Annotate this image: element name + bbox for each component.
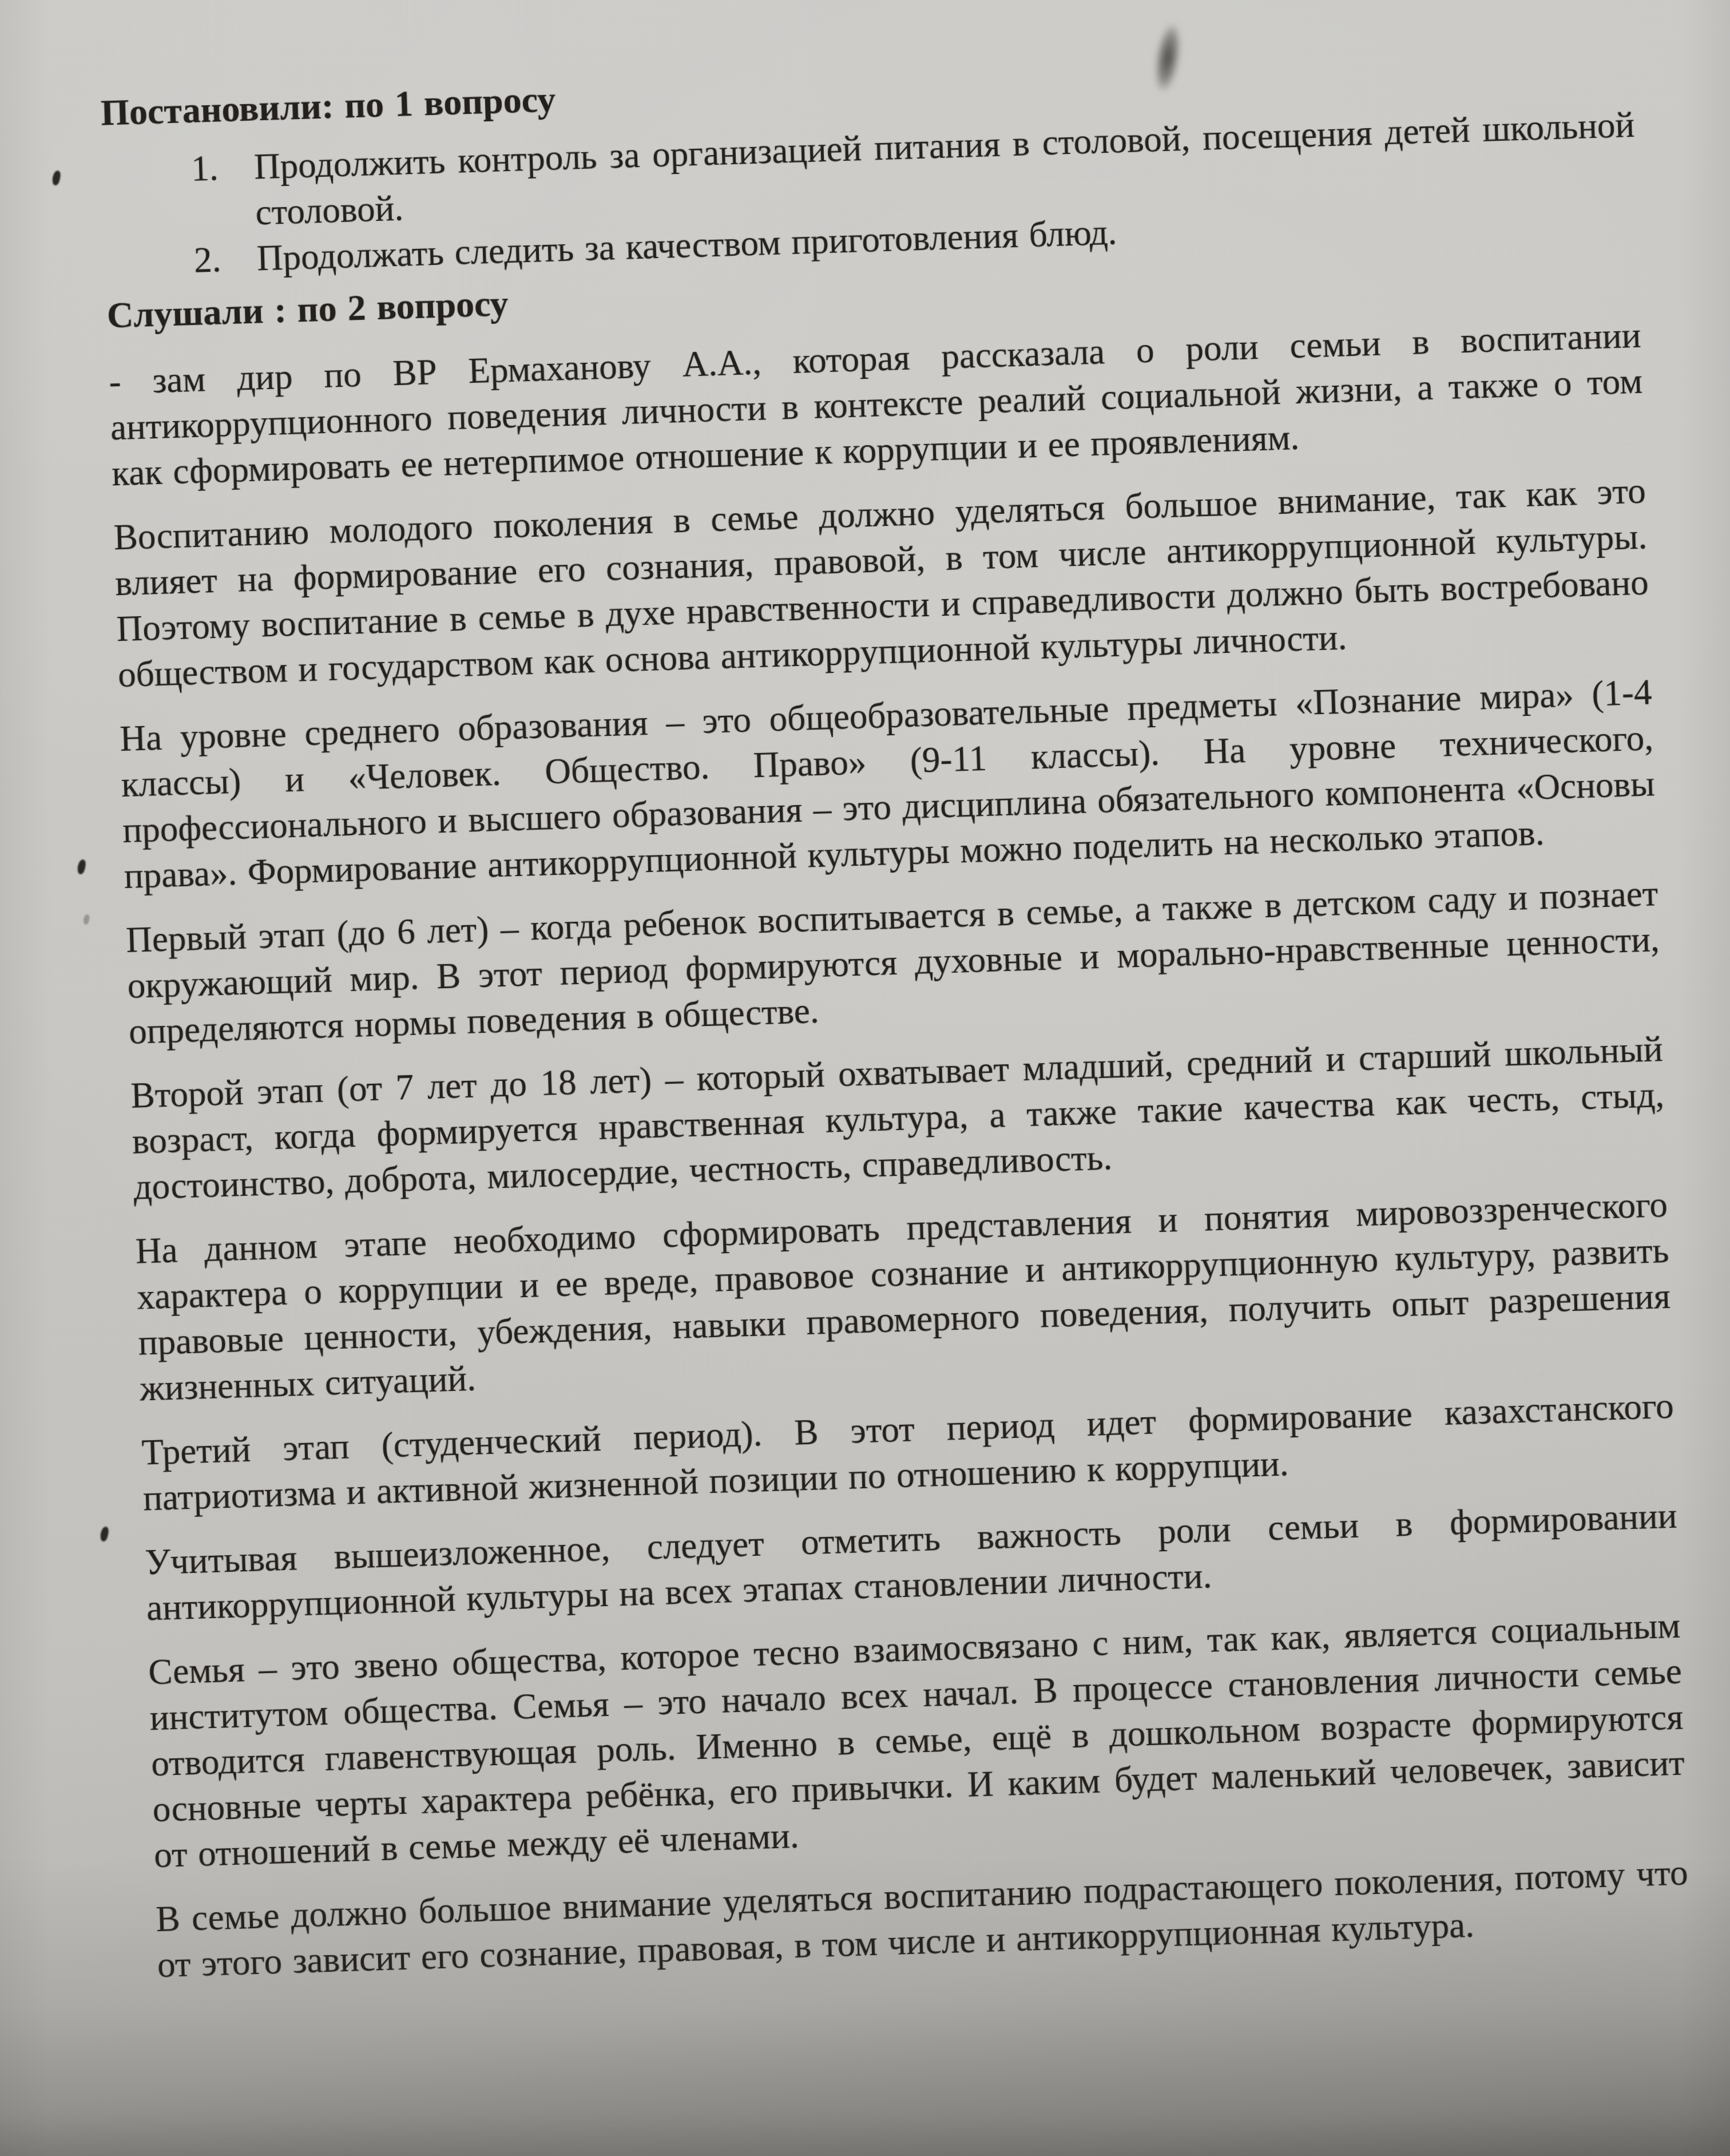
stray-ink-mark [99, 1526, 110, 1542]
paragraph-stage-one: Первый этап (до 6 лет) – когда ребенок в… [125, 870, 1661, 1055]
stray-ink-mark [51, 170, 62, 186]
scanned-document-photo: Постановили: по 1 вопросу 1. Продолжить … [0, 0, 1730, 2156]
paragraph: Воспитанию молодого поколения в семье до… [113, 468, 1651, 698]
paragraph-speaker: - зам дир по ВР Ермаханову А.А., которая… [108, 312, 1644, 497]
document-text-block: Постановили: по 1 вопросу 1. Продолжить … [100, 43, 1690, 1988]
paragraph-stage-two: Второй этап (от 7 лет до 18 лет) – котор… [130, 1026, 1666, 1210]
list-item-number: 2. [193, 235, 257, 283]
stray-ink-mark [76, 859, 87, 875]
stray-ink-mark [82, 914, 90, 925]
paragraph: На уровне среднего образования – это общ… [119, 669, 1657, 899]
list-item-number: 1. [191, 144, 256, 237]
paragraph: Семья – это звено общества, которое тесн… [148, 1603, 1687, 1878]
paragraph: На данном этапе необходимо сформировать … [135, 1182, 1673, 1412]
